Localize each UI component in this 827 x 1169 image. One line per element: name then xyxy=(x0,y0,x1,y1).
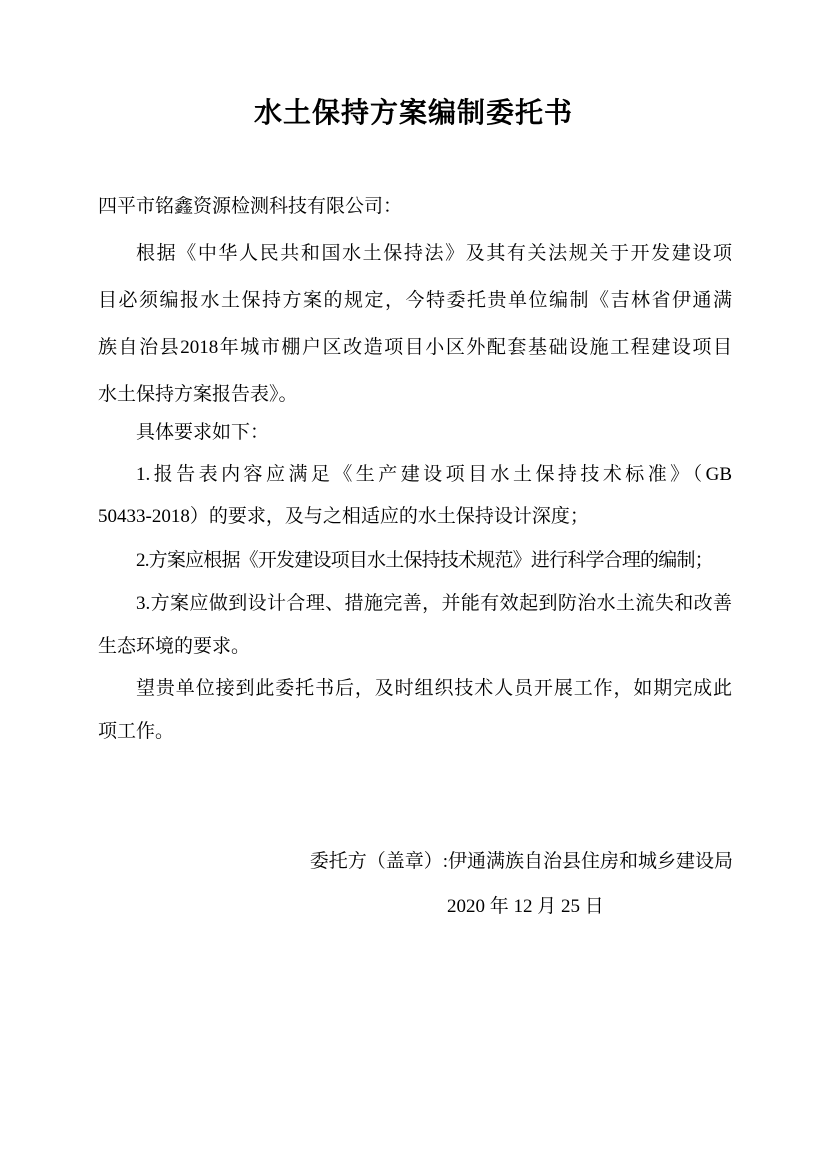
paragraph-1-line-2: 目必须编报水土保持方案的规定，今特委托贵单位编制《吉林省伊通满 xyxy=(98,287,732,315)
paragraph-5-line-1: 3.方案应做到设计合理、措施完善，并能有效起到防治水土流失和改善 xyxy=(98,590,732,618)
paragraph-6-line-1: 望贵单位接到此委托书后，及时组织技术人员开展工作，如期完成此 xyxy=(98,675,732,703)
document-page: 水土保持方案编制委托书 四平市铭鑫资源检测科技有限公司： 根据《中华人民共和国水… xyxy=(0,0,827,1169)
paragraph-1-line-4: 水土保持方案报告表》。 xyxy=(98,381,732,409)
paragraph-4-line-1: 2.方案应根据《开发建设项目水土保持技术规范》进行科学合理的编制； xyxy=(98,547,732,575)
paragraph-6-line-2: 项工作。 xyxy=(98,718,732,746)
paragraph-1-line-3: 族自治县2018年城市棚户区改造项目小区外配套基础设施工程建设项目 xyxy=(98,334,732,362)
paragraph-3-line-2: 50433-2018）的要求，及与之相适应的水土保持设计深度； xyxy=(98,503,732,531)
paragraph-3-line-1: 1.报告表内容应满足《生产建设项目水土保持技术标准》（GB xyxy=(98,461,732,489)
signature-line: 委托方（盖章）:伊通满族自治县住房和城乡建设局 xyxy=(98,848,733,876)
date-line: 2020 年 12 月 25 日 xyxy=(447,893,604,921)
document-title: 水土保持方案编制委托书 xyxy=(0,94,827,134)
paragraph-1-line-1: 根据《中华人民共和国水土保持法》及其有关法规关于开发建设项 xyxy=(98,240,732,268)
paragraph-2-line-1: 具体要求如下： xyxy=(98,419,732,447)
salutation-line: 四平市铭鑫资源检测科技有限公司： xyxy=(98,193,732,221)
paragraph-5-line-2: 生态环境的要求。 xyxy=(98,633,732,661)
